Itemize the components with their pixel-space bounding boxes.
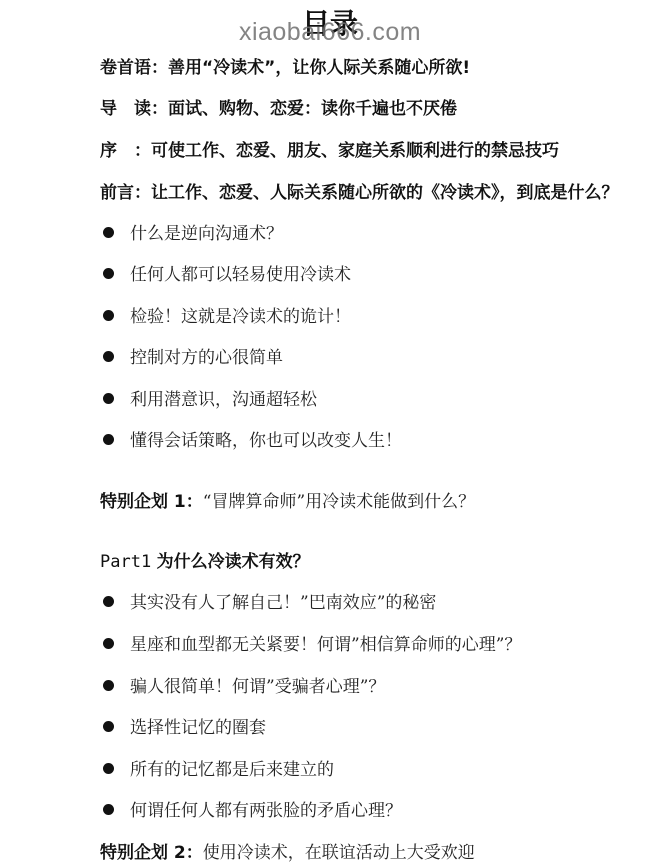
toc-entry-introduction[interactable]: 前言：让工作、恋爱、人际关系随心所欲的《冷读术》，到底是什么？ xyxy=(100,181,619,205)
toc-entry-label: 前言： xyxy=(100,183,151,203)
toc-bullet-item[interactable]: 什么是逆向沟通术？ xyxy=(100,222,283,246)
bullet-dot-icon xyxy=(103,804,114,815)
toc-bullet-text: 利用潜意识，沟通超轻松 xyxy=(130,390,317,410)
toc-entry-part1[interactable]: Part1 为什么冷读术有效？ xyxy=(100,550,310,574)
toc-bullet-item[interactable]: 检验！这就是冷读术的诡计！ xyxy=(100,305,351,329)
toc-entry-text: 让工作、恋爱、人际关系随心所欲的《冷读术》，到底是什么？ xyxy=(151,183,619,203)
toc-bullet-item[interactable]: 星座和血型都无关紧要！何谓”相信算命师的心理”？ xyxy=(100,633,521,657)
special-text: “冒牌算命师”用冷读术能做到什么？ xyxy=(203,492,475,512)
toc-bullet-item[interactable]: 任何人都可以轻易使用冷读术 xyxy=(100,263,351,287)
toc-bullet-item[interactable]: 懂得会话策略，你也可以改变人生！ xyxy=(100,429,402,453)
special-text: 使用冷读术，在联谊活动上大受欢迎 xyxy=(203,843,475,863)
bullet-dot-icon xyxy=(103,763,114,774)
toc-entry-label: 序 ： xyxy=(100,141,151,161)
bullet-dot-icon xyxy=(103,393,114,404)
bullet-dot-icon xyxy=(103,596,114,607)
toc-bullet-item[interactable]: 选择性记忆的圈套 xyxy=(100,716,266,740)
toc-entry-text: 面试、购物、恋爱：读你千遍也不厌倦 xyxy=(168,99,457,119)
toc-bullet-item[interactable]: 控制对方的心很简单 xyxy=(100,346,283,370)
special-label: 特别企划 2： xyxy=(100,843,203,863)
toc-bullet-item[interactable]: 其实没有人了解自己！”巴南效应”的秘密 xyxy=(100,591,436,615)
toc-entry-foreword[interactable]: 序 ：可使工作、恋爱、朋友、家庭关系顺利进行的禁忌技巧 xyxy=(100,139,559,163)
toc-bullet-text: 其实没有人了解自己！”巴南效应”的秘密 xyxy=(130,593,436,613)
toc-entry-label: 卷首语： xyxy=(100,58,168,78)
toc-bullet-text: 所有的记忆都是后来建立的 xyxy=(130,760,334,780)
toc-entry-text: 可使工作、恋爱、朋友、家庭关系顺利进行的禁忌技巧 xyxy=(151,141,559,161)
toc-entry-guide[interactable]: 导 读：面试、购物、恋爱：读你千遍也不厌倦 xyxy=(100,97,457,121)
special-label: 特别企划 1： xyxy=(100,492,203,512)
toc-title: 目录 xyxy=(0,6,660,42)
bullet-dot-icon xyxy=(103,638,114,649)
toc-bullet-text: 什么是逆向沟通术？ xyxy=(130,224,283,244)
toc-bullet-text: 星座和血型都无关紧要！何谓”相信算命师的心理”？ xyxy=(130,635,521,655)
toc-entry-special-1[interactable]: 特别企划 1：“冒牌算命师”用冷读术能做到什么？ xyxy=(100,490,475,514)
toc-bullet-text: 控制对方的心很简单 xyxy=(130,348,283,368)
toc-entry-label: 导 读： xyxy=(100,99,168,119)
toc-entry-text: 善用“冷读术”，让你人际关系随心所欲! xyxy=(168,58,470,78)
toc-bullet-text: 选择性记忆的圈套 xyxy=(130,718,266,738)
toc-entry-special-2[interactable]: 特别企划 2：使用冷读术，在联谊活动上大受欢迎 xyxy=(100,841,475,865)
toc-bullet-item[interactable]: 所有的记忆都是后来建立的 xyxy=(100,758,334,782)
toc-bullet-text: 骗人很简单！何谓”受骗者心理”？ xyxy=(130,677,385,697)
toc-bullet-text: 何谓任何人都有两张脸的矛盾心理？ xyxy=(130,801,402,821)
bullet-dot-icon xyxy=(103,351,114,362)
bullet-dot-icon xyxy=(103,434,114,445)
bullet-dot-icon xyxy=(103,680,114,691)
toc-bullet-text: 懂得会话策略，你也可以改变人生！ xyxy=(130,431,402,451)
part-title: 为什么冷读术有效？ xyxy=(157,552,310,572)
bullet-dot-icon xyxy=(103,721,114,732)
bullet-dot-icon xyxy=(103,310,114,321)
bullet-dot-icon xyxy=(103,227,114,238)
part-number: Part1 xyxy=(100,552,151,572)
toc-bullet-item[interactable]: 何谓任何人都有两张脸的矛盾心理？ xyxy=(100,799,402,823)
toc-bullet-item[interactable]: 骗人很简单！何谓”受骗者心理”？ xyxy=(100,675,385,699)
toc-entry-preface-epigraph[interactable]: 卷首语：善用“冷读术”，让你人际关系随心所欲! xyxy=(100,56,470,80)
toc-bullet-item[interactable]: 利用潜意识，沟通超轻松 xyxy=(100,388,317,412)
toc-bullet-text: 检验！这就是冷读术的诡计！ xyxy=(130,307,351,327)
bullet-dot-icon xyxy=(103,268,114,279)
toc-bullet-text: 任何人都可以轻易使用冷读术 xyxy=(130,265,351,285)
